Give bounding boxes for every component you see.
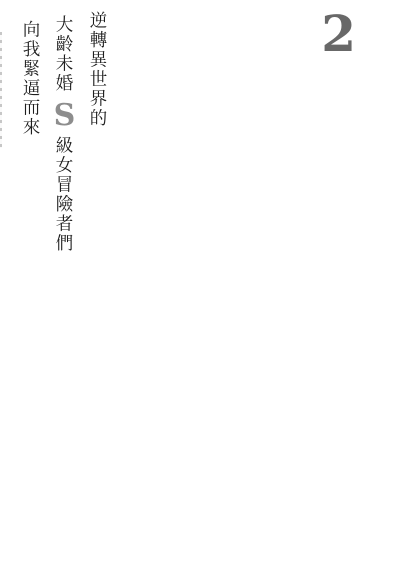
book-title-page: 2 逆轉異世界的 大齡未婚S級女冒險者們 向我緊逼而來: [0, 0, 400, 567]
title-column-2-after: 級女冒險者們: [54, 136, 74, 253]
rank-letter-s: S: [47, 98, 82, 133]
title-column-2-before: 大齡未婚: [54, 15, 74, 93]
title-column-1: 逆轉異世界的: [81, 11, 114, 311]
series-title-vertical: 逆轉異世界的 大齡未婚S級女冒險者們 向我緊逼而來: [14, 11, 114, 311]
title-column-3: 向我緊逼而來: [14, 11, 47, 311]
volume-number: 2: [321, 9, 356, 59]
scan-edge-artifact: [0, 32, 2, 148]
title-column-2: 大齡未婚S級女冒險者們: [47, 11, 81, 311]
